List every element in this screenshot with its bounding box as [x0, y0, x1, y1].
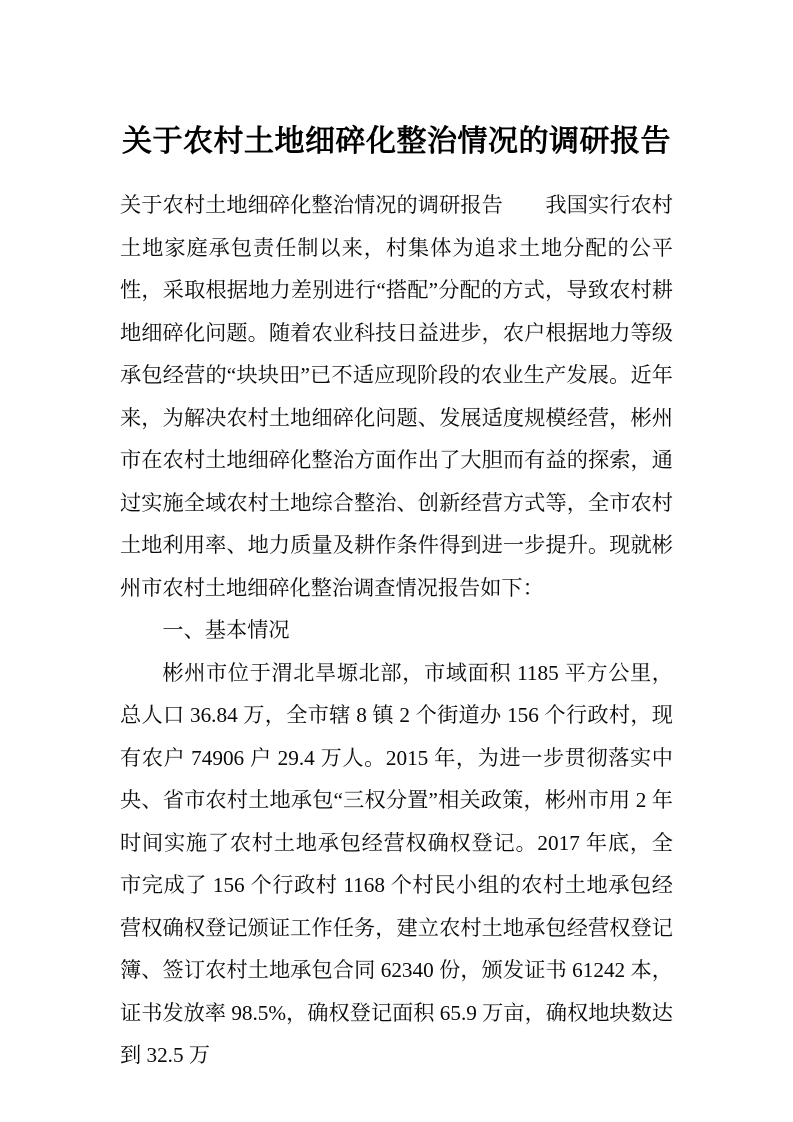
section-1-heading: 一、基本情况 [120, 609, 673, 652]
page-content: 关于农村土地细碎化整治情况的调研报告 关于农村土地细碎化整治情况的调研报告 我国… [0, 119, 793, 1077]
document-page: 关于农村土地细碎化整治情况的调研报告 关于农村土地细碎化整治情况的调研报告 我国… [0, 0, 793, 1122]
paragraph-intro: 关于农村土地细碎化整治情况的调研报告 我国实行农村土地家庭承包责任制以来，村集体… [120, 184, 673, 609]
document-title: 关于农村土地细碎化整治情况的调研报告 [120, 119, 673, 164]
document-body: 关于农村土地细碎化整治情况的调研报告 我国实行农村土地家庭承包责任制以来，村集体… [120, 184, 673, 1077]
paragraph-section-1-basic-info: 彬州市位于渭北旱塬北部，市域面积 1185 平方公里，总人口 36.84 万，全… [120, 652, 673, 1077]
